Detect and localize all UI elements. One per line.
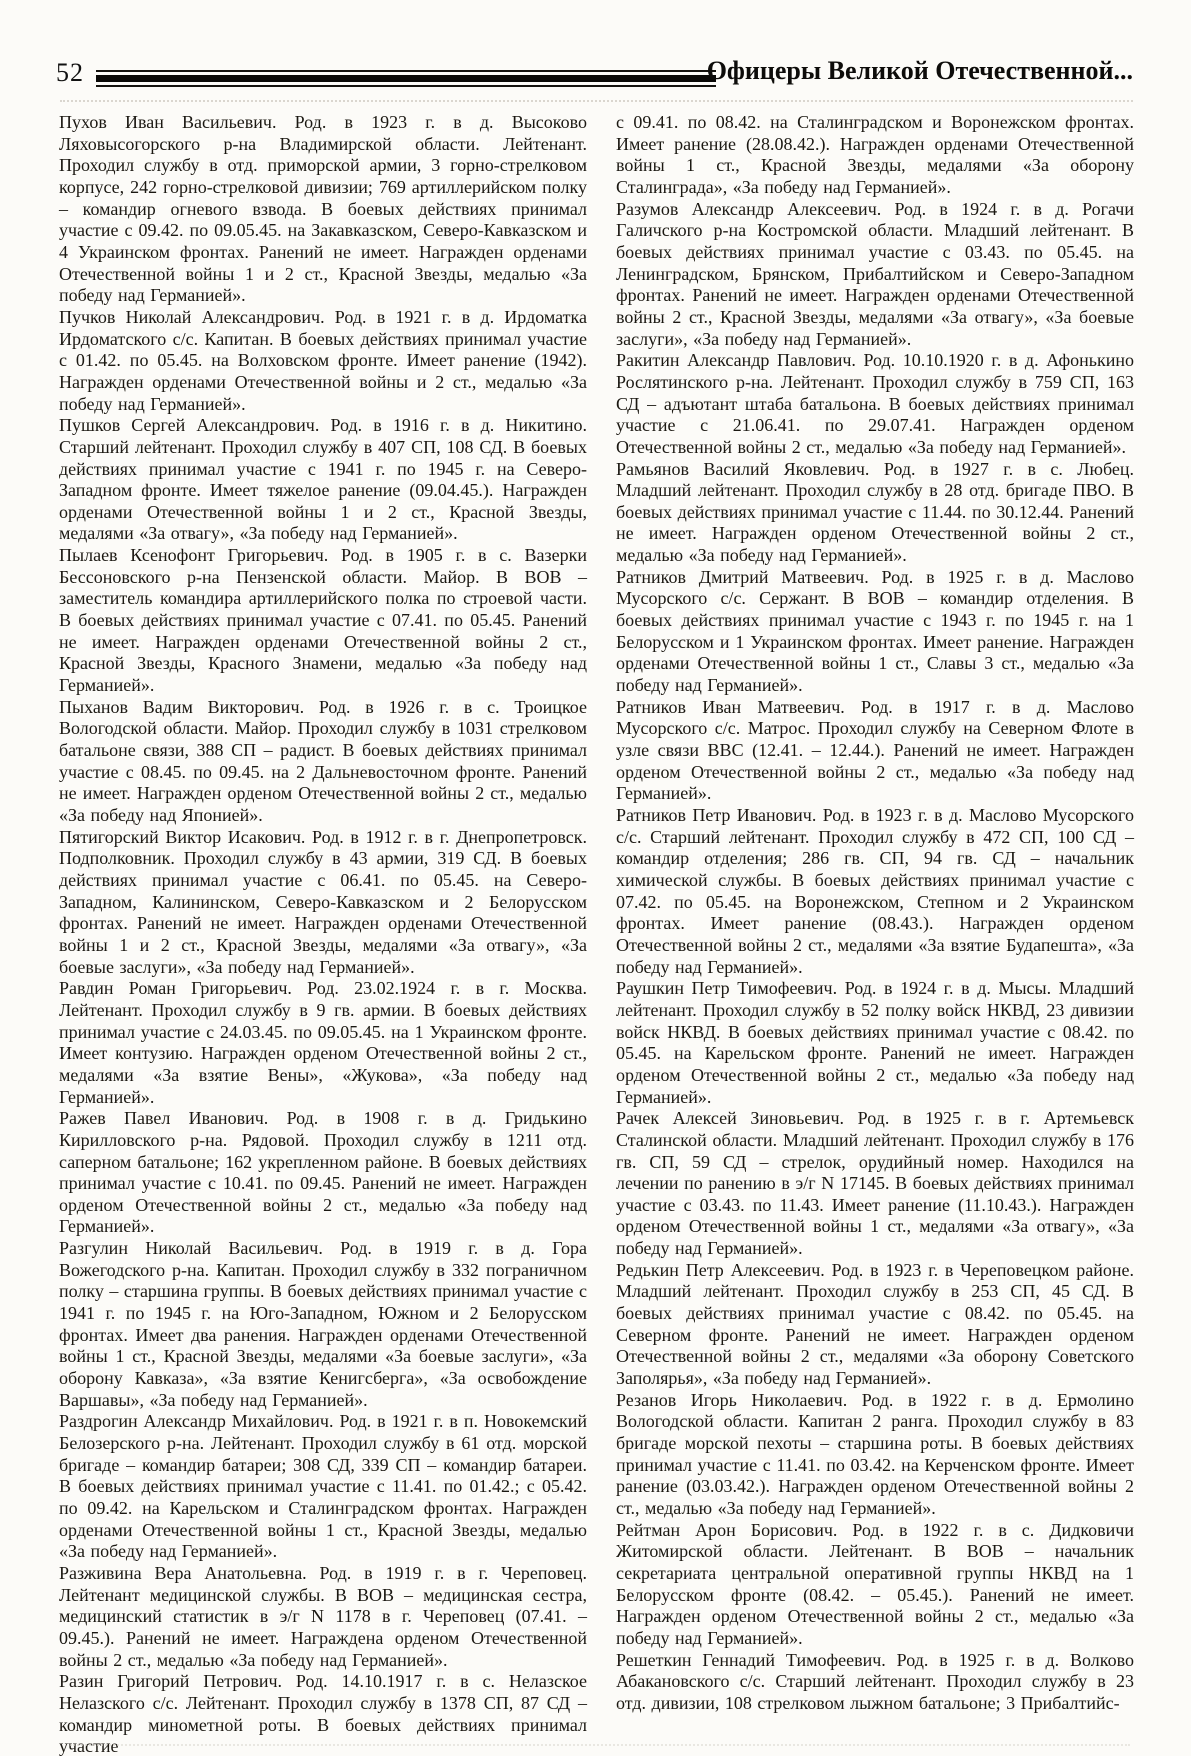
entry-paragraph: Раздрогин Александр Михайлович. Род. в 1… [59,1411,587,1563]
entry-paragraph: Решеткин Геннадий Тимофеевич. Род. в 192… [616,1650,1134,1715]
entry-paragraph: Раушкин Петр Тимофеевич. Род. в 1924 г. … [616,978,1134,1108]
header-rule [96,70,716,90]
right-column: с 09.41. по 08.42. на Сталинградском и В… [616,112,1134,1715]
entry-paragraph: Резанов Игорь Николаевич. Род. в 1922 г.… [616,1390,1134,1520]
entry-paragraph: Равдин Роман Григорьевич. Род. 23.02.192… [59,978,587,1108]
entry-paragraph: Пылаев Ксенофонт Григорьевич. Род. в 190… [59,545,587,697]
entry-paragraph: Ратников Петр Иванович. Род. в 1923 г. в… [616,805,1134,978]
left-column: Пухов Иван Васильевич. Род. в 1923 г. в … [59,112,587,1756]
header-rule-thin-bottom [96,85,716,87]
entry-paragraph: Ражев Павел Иванович. Род. в 1908 г. в д… [59,1108,587,1238]
scan-artifact-bottom [70,1744,1130,1746]
entry-paragraph: Рачек Алексей Зиновьевич. Род. в 1925 г.… [616,1108,1134,1260]
entry-paragraph: Пыханов Вадим Викторович. Род. в 1926 г.… [59,697,587,827]
header-rule-thick [96,75,716,82]
entry-paragraph: Пятигорский Виктор Исакович. Род. в 1912… [59,827,587,979]
entry-paragraph: Ракитин Александр Павлович. Род. 10.10.1… [616,350,1134,458]
entry-paragraph: Рамьянов Василий Яковлевич. Род. в 1927 … [616,459,1134,567]
entry-paragraph: Ратников Иван Матвеевич. Род. в 1917 г. … [616,697,1134,805]
entry-paragraph: Разумов Александр Алексеевич. Род. в 192… [616,199,1134,351]
scan-artifact-top [60,100,1133,102]
entry-paragraph: Пучков Николай Александрович. Род. в 192… [59,307,587,415]
entry-paragraph: Разживина Вера Анатольевна. Род. в 1919 … [59,1563,587,1671]
running-title: Офицеры Великой Отечественной... [663,56,1133,86]
entry-paragraph: Рейтман Арон Борисович. Род. в 1922 г. в… [616,1520,1134,1650]
entry-paragraph: Пушков Сергей Александрович. Род. в 1916… [59,415,587,545]
header-rule-thin-top [96,70,716,72]
entry-paragraph: Редькин Петр Алексеевич. Род. в 1923 г. … [616,1260,1134,1390]
entry-paragraph: с 09.41. по 08.42. на Сталинградском и В… [616,112,1134,199]
page-number: 52 [56,58,84,88]
entry-paragraph: Ратников Дмитрий Матвеевич. Род. в 1925 … [616,567,1134,697]
footer-mark: . [617,1697,621,1713]
entry-paragraph: Пухов Иван Васильевич. Род. в 1923 г. в … [59,112,587,307]
entry-paragraph: Разгулин Николай Васильевич. Род. в 1919… [59,1238,587,1411]
book-page: 52 Офицеры Великой Отечественной... Пухо… [0,0,1191,1756]
